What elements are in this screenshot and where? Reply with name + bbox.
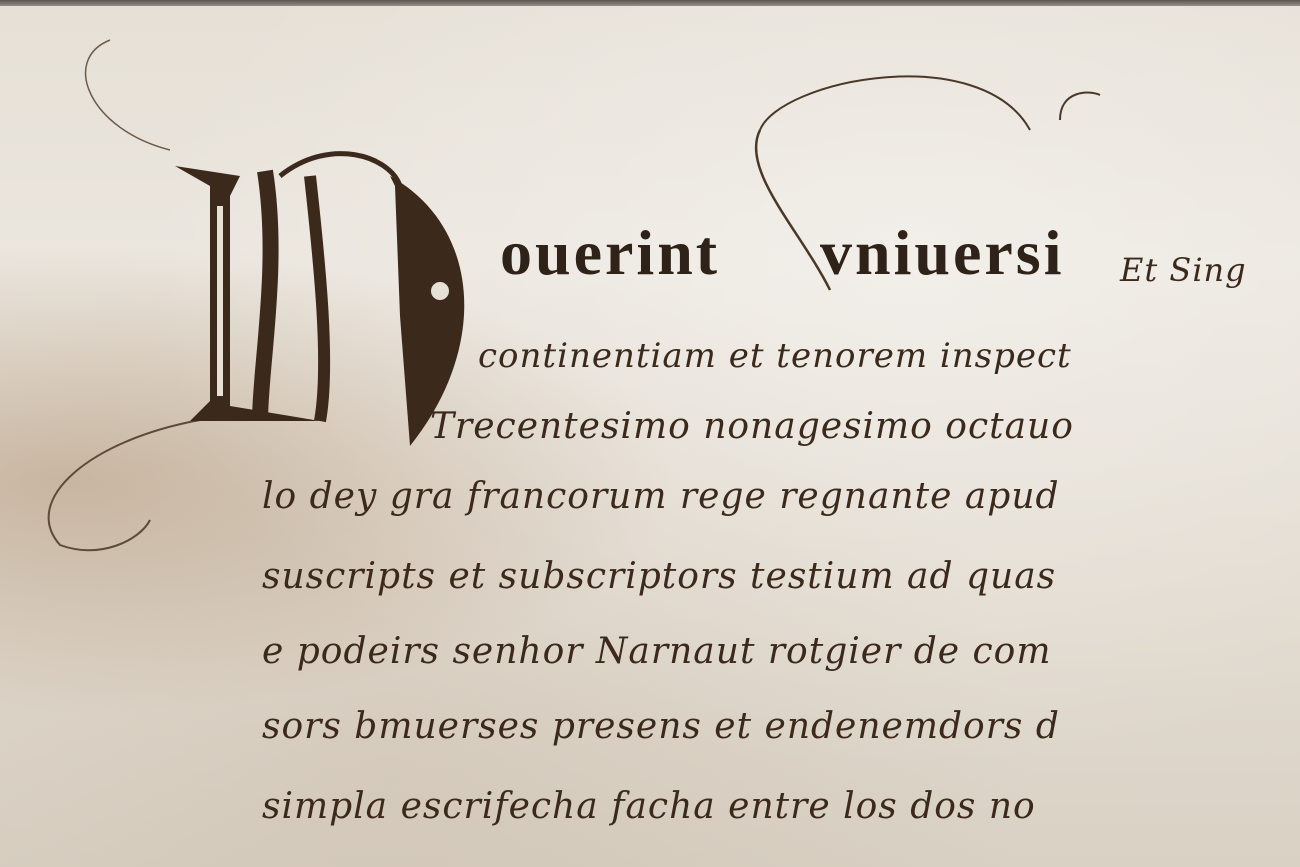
text-line-1: continentiam et tenorem inspect: [478, 336, 1072, 376]
heading-word-2: vniuersi: [820, 216, 1064, 290]
text-line-2: Trecentesimo nonagesimo octauo: [430, 406, 1074, 447]
heading-word-1: ouerint: [500, 216, 720, 290]
text-line-6: sors bmuerses presens et endenemdors d: [262, 706, 1060, 747]
text-line-4: suscripts et subscriptors testium ad qua…: [262, 556, 1056, 597]
heading-continuation: Et Sing: [1120, 251, 1247, 289]
illuminated-initial-icon: [170, 146, 500, 446]
parchment-page: ouerint vniuersi Et Sing continentiam et…: [0, 6, 1300, 867]
text-line-3: lo dey gra francorum rege regnante apud: [262, 476, 1060, 517]
text-line-5: e podeirs senhor Narnaut rotgier de com: [262, 631, 1051, 672]
text-line-7: simpla escrifecha facha entre los dos no: [262, 786, 1036, 827]
